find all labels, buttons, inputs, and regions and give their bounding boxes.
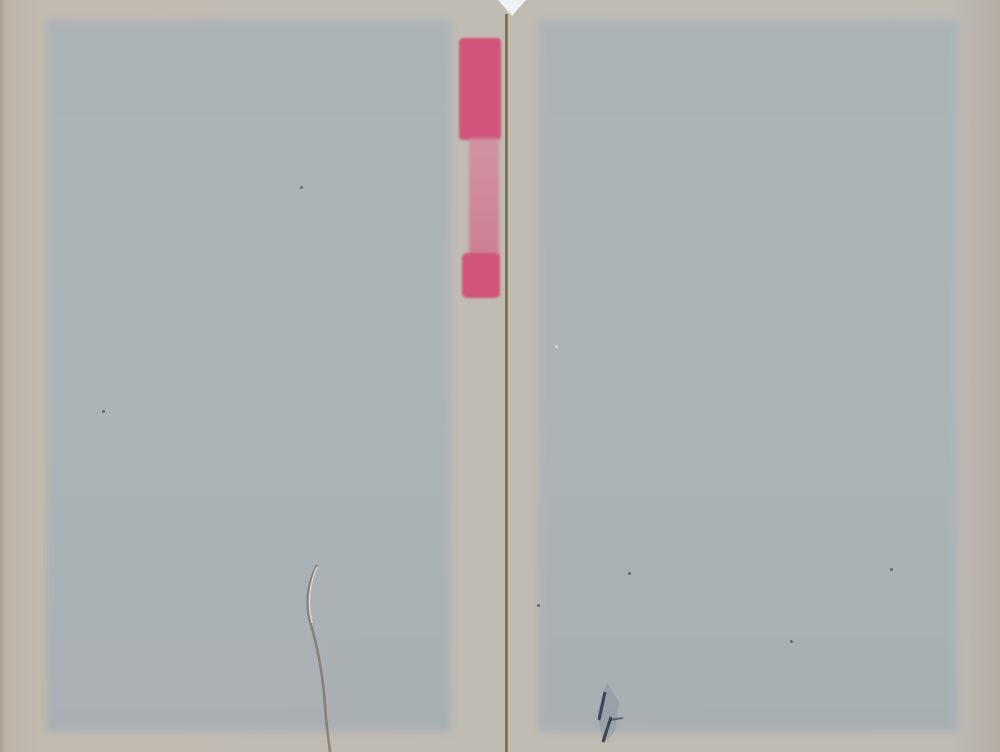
ink-speck xyxy=(628,572,631,575)
paper-crease-mark xyxy=(305,565,335,752)
ink-speck xyxy=(537,604,540,607)
red-seal-stamp xyxy=(459,38,501,298)
ink-speck xyxy=(890,568,893,571)
left-page xyxy=(0,0,507,752)
ink-speck xyxy=(555,345,558,348)
ink-speck xyxy=(790,640,793,643)
seal-bottom-block xyxy=(462,253,500,298)
ink-stain-mark xyxy=(585,672,635,752)
seal-stem xyxy=(469,138,499,258)
seal-top-block xyxy=(459,38,501,140)
left-page-inner-area xyxy=(46,20,451,732)
ink-speck xyxy=(300,186,303,189)
right-page xyxy=(508,0,1000,752)
center-fold-line xyxy=(505,14,508,752)
right-page-inner-area xyxy=(538,20,958,732)
ink-speck xyxy=(102,410,105,413)
top-notch xyxy=(498,0,526,16)
